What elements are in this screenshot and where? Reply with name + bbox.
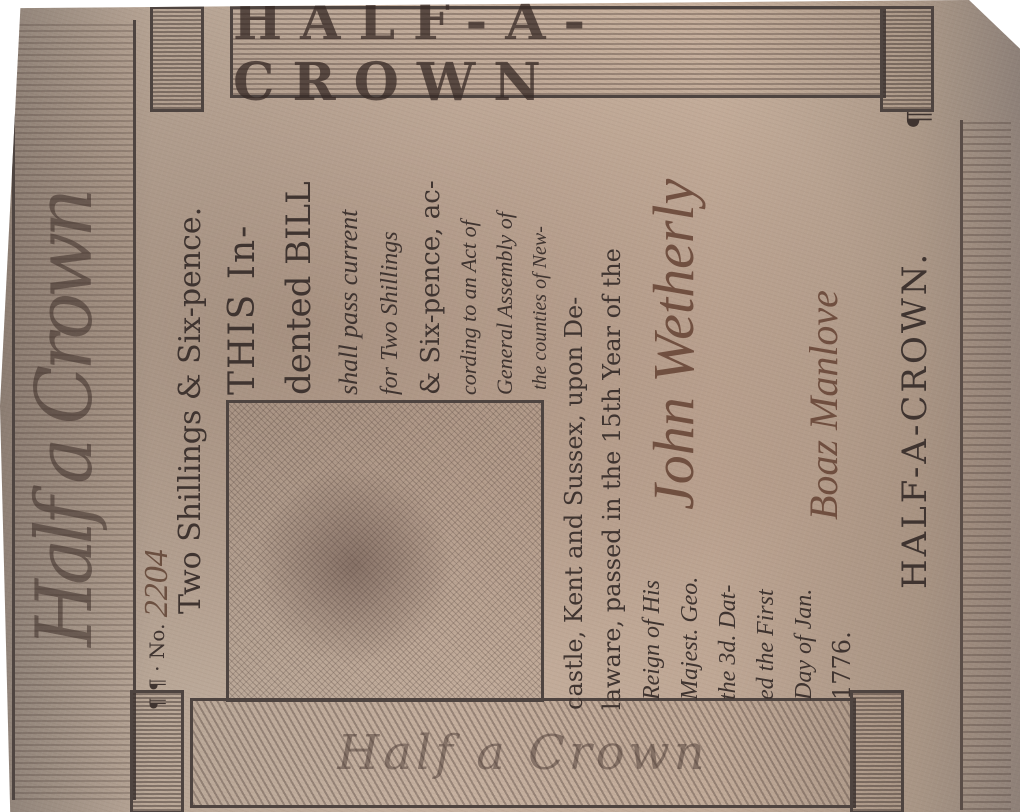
body-line-8: the counties of New-	[530, 110, 550, 390]
signature-1: John Wetherly	[640, 130, 707, 510]
top-banner: HALF-A-CROWN	[230, 6, 886, 98]
right-ornamental-border	[960, 120, 1011, 810]
body-line-9: castle, Kent and Sussex, upon De-	[562, 110, 586, 710]
bottom-banner: Half a Crown	[190, 698, 856, 808]
bottom-right-column-cap	[850, 690, 904, 812]
body-line-10: laware, passed in the 15th Year of the	[600, 110, 624, 710]
body-line-2: dented BILL	[282, 110, 316, 395]
body-line-13: the 3d. Dat-	[716, 440, 740, 700]
top-banner-text: HALF-A-CROWN	[233, 0, 883, 113]
serial-prefix: ¶ ¶ · No.	[145, 624, 169, 710]
serial-line: ¶ ¶ · No. 2204	[140, 150, 174, 710]
body-line-16: 1776.	[830, 520, 854, 700]
serial-number: 2204	[138, 549, 175, 617]
body-line-1: THIS In-	[225, 110, 261, 395]
body-line-3: shall pass current	[336, 110, 362, 395]
body-line-14: ed the First	[754, 440, 778, 700]
body-line-6: cording to an Act of	[458, 110, 480, 395]
signature-2: Boaz Manlove	[800, 140, 847, 520]
pilcrow-ornament: ¶	[905, 110, 935, 129]
bottom-banner-script: Half a Crown	[337, 725, 708, 781]
top-right-column-cap	[880, 6, 934, 112]
vignette-coat-of-arms	[226, 400, 544, 702]
body-line-5: & Six-pence, ac-	[418, 110, 444, 395]
banknote: Half a Crown HALF-A-CROWN Half a Crown ¶…	[0, 0, 1020, 812]
body-line-4: for Two Shillings	[378, 110, 402, 395]
left-border-script: Half a Crown	[20, 60, 120, 780]
denomination-line: Two Shillings & Six-pence.	[176, 110, 206, 710]
vertical-title: HALF-A-CROWN.	[898, 130, 932, 710]
top-left-column-cap	[150, 6, 204, 112]
body-line-7: General Assembly of	[494, 110, 516, 395]
